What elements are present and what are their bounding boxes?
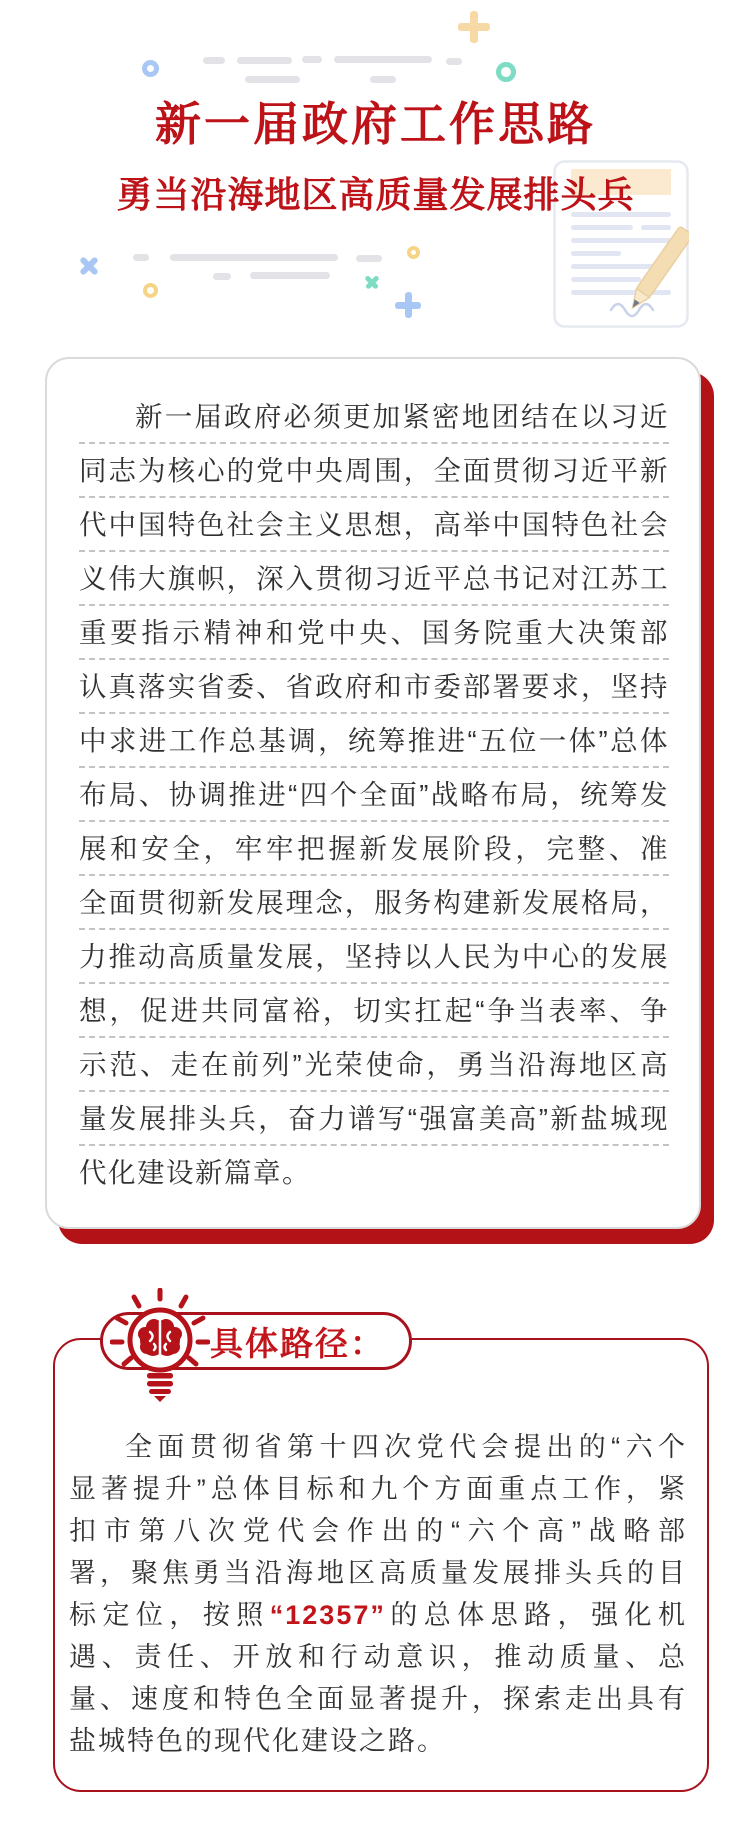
- dash-decor: [133, 254, 149, 261]
- dash-decor: [302, 56, 322, 63]
- ruled-text-line: 同志为核心的党中央周围，全面贯彻习近平新时: [79, 444, 669, 498]
- body-text-line: 盐城特色的现代化建设之路。: [69, 1720, 687, 1762]
- dash-decor: [170, 254, 338, 261]
- ruled-text-line: 重要指示精神和党中央、国务院重大决策部署，: [79, 606, 669, 660]
- ruled-text-line: 新一届政府必须更加紧密地团结在以习近平: [79, 390, 669, 444]
- body-text-segment: 的总体思路，强化机: [386, 1600, 687, 1630]
- ruled-text-line: 布局、协调推进“四个全面”战略布局，统筹发: [79, 768, 669, 822]
- dash-decor: [245, 76, 300, 83]
- dash-decor: [237, 57, 292, 64]
- circle-decor-icon: [496, 62, 516, 82]
- lightbulb-brain-icon: [110, 1288, 210, 1402]
- ruled-text-line: 想，促进共同富裕，切实扛起“争当表率、争做: [79, 984, 669, 1038]
- dash-decor: [356, 255, 382, 262]
- ruled-text-line: 示范、走在前列”光荣使命，勇当沿海地区高质: [79, 1038, 669, 1092]
- dash-decor: [446, 58, 462, 65]
- body-text-line: 量、速度和特色全面显著提升，探索走出具有: [69, 1678, 687, 1720]
- ruled-text-line: 义伟大旗帜，深入贯彻习近平总书记对江苏工作: [79, 552, 669, 606]
- ruled-text-line: 代化建设新篇章。: [79, 1146, 669, 1200]
- ruled-text-line: 代中国特色社会主义思想，高举中国特色社会主: [79, 498, 669, 552]
- ruled-text-line: 认真落实省委、省政府和市委部署要求，坚持稳: [79, 660, 669, 714]
- body-text-line: 全面贯彻省第十四次党代会提出的“六个: [69, 1426, 687, 1468]
- x-decor-icon: [361, 271, 384, 294]
- ruled-text-line: 展和安全，牢牢把握新发展阶段，完整、准确、: [79, 822, 669, 876]
- ruled-text-line: 全面贯彻新发展理念，服务构建新发展格局，着: [79, 876, 669, 930]
- specific-path-card: 全面贯彻省第十四次党代会提出的“六个 显著提升”总体目标和九个方面重点工作，紧 …: [53, 1338, 709, 1792]
- x-decor-icon: [73, 250, 104, 281]
- ruled-text-line: 量发展排头兵，奋力谱写“强富美高”新盐城现: [79, 1092, 669, 1146]
- dash-decor: [213, 273, 231, 280]
- body-text-line: 标定位，按照“12357”的总体思路，强化机: [69, 1594, 687, 1636]
- page-subtitle: 勇当沿海地区高质量发展排头兵: [0, 172, 751, 218]
- plus-decor-icon: [395, 292, 421, 318]
- body-text-line: 扣市第八次党代会作出的“六个高”战略部: [69, 1510, 687, 1552]
- body-text-line: 遇、责任、开放和行动意识，推动质量、总: [69, 1636, 687, 1678]
- dash-decor: [334, 56, 432, 63]
- ruled-text-line: 力推动高质量发展，坚持以人民为中心的发展思: [79, 930, 669, 984]
- highlight-number: “12357”: [270, 1600, 386, 1630]
- circle-decor-icon: [143, 283, 158, 298]
- body-text-line: 署，聚焦勇当沿海地区高质量发展排头兵的目: [69, 1552, 687, 1594]
- dash-decor: [250, 272, 330, 279]
- circle-decor-icon: [407, 246, 420, 259]
- circle-decor-icon: [142, 60, 159, 77]
- dash-decor: [370, 76, 396, 83]
- section-label: 具体路径：: [210, 1318, 385, 1365]
- ruled-text-line: 中求进工作总基调，统筹推进“五位一体”总体: [79, 714, 669, 768]
- page-title: 新一届政府工作思路: [0, 96, 751, 152]
- plus-decor-icon: [458, 11, 490, 43]
- poster-page: 新一届政府工作思路 勇当沿海地区高质量发展排头兵 新一届政府必须更加紧密地团结在…: [0, 0, 751, 1842]
- body-text-line: 显著提升”总体目标和九个方面重点工作，紧: [69, 1468, 687, 1510]
- body-text-segment: 标定位，按照: [69, 1600, 270, 1630]
- policy-statement-card: 新一届政府必须更加紧密地团结在以习近平 同志为核心的党中央周围，全面贯彻习近平新…: [45, 357, 701, 1229]
- dash-decor: [203, 57, 225, 64]
